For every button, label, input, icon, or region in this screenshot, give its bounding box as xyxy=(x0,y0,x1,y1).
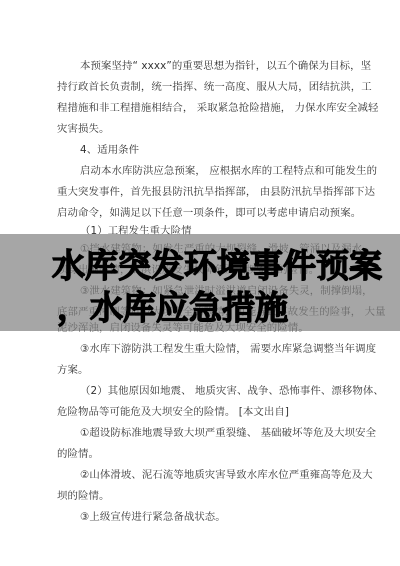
paragraph-line: 程措施和非工程措施相结合， 采取紧急抢险措施， 力保水库安全减轻 xyxy=(57,99,379,114)
paragraph-line: 本预案坚持“ xxxx”的重要思想为指针，以五个确保为目标，坚 xyxy=(80,57,371,72)
paragraph-line: ①超设防标准地震导致大坝严重裂缝、 基础破坏等危及大坝安全 xyxy=(80,424,376,439)
paragraph-line: 4、适用条件 xyxy=(80,141,139,156)
paragraph-line: 危险物品等可能危及大坝安全的险情。 [本文出自] xyxy=(57,403,289,418)
paragraph-line: 灾害损失。 xyxy=(57,120,109,135)
paragraph-line: 启动命令，如满足以下任意一项条件，即可以考虑申请启动预案。 xyxy=(57,204,361,219)
paragraph-line: （2）其他原因如地震、 地质灾害、战争、恐怖事件、漂移物体、 xyxy=(80,382,384,397)
paragraph-line: 的险情。 xyxy=(57,445,99,460)
paragraph-line: 方案。 xyxy=(57,361,88,376)
paragraph-line: ③上级宣传进行紧急备战状态。 xyxy=(80,508,226,523)
paragraph-line: 重大突发事件，首先报县防汛抗旱指挥部， 由县防汛抗旱指挥部下达 xyxy=(57,183,375,198)
paragraph-line: 持行政首长负责制，统一指挥、统一高度、服从大局，团结抗洪，工 xyxy=(57,78,372,93)
overlay-title-line-1: 水库突发环境事件预案 xyxy=(52,240,382,287)
paragraph-line: ③水库下游防洪工程发生重大险情， 需要水库紧急调整当年调度 xyxy=(80,340,376,355)
paragraph-line: 启动本水库防洪应急预案， 应根据水库的工程特点和可能发生的 xyxy=(80,162,377,177)
document-page: 本预案坚持“ xxxx”的重要思想为指针，以五个确保为目标，坚持行政首长负责制，… xyxy=(0,0,400,566)
overlay-title-line-2: ，水库应急措施 xyxy=(57,282,288,329)
paragraph-line: ②山体滑坡、泥石流等地质灾害导致水库水位严重雍高等危及大 xyxy=(80,466,373,481)
paragraph-line: 坝的险情。 xyxy=(57,487,109,502)
